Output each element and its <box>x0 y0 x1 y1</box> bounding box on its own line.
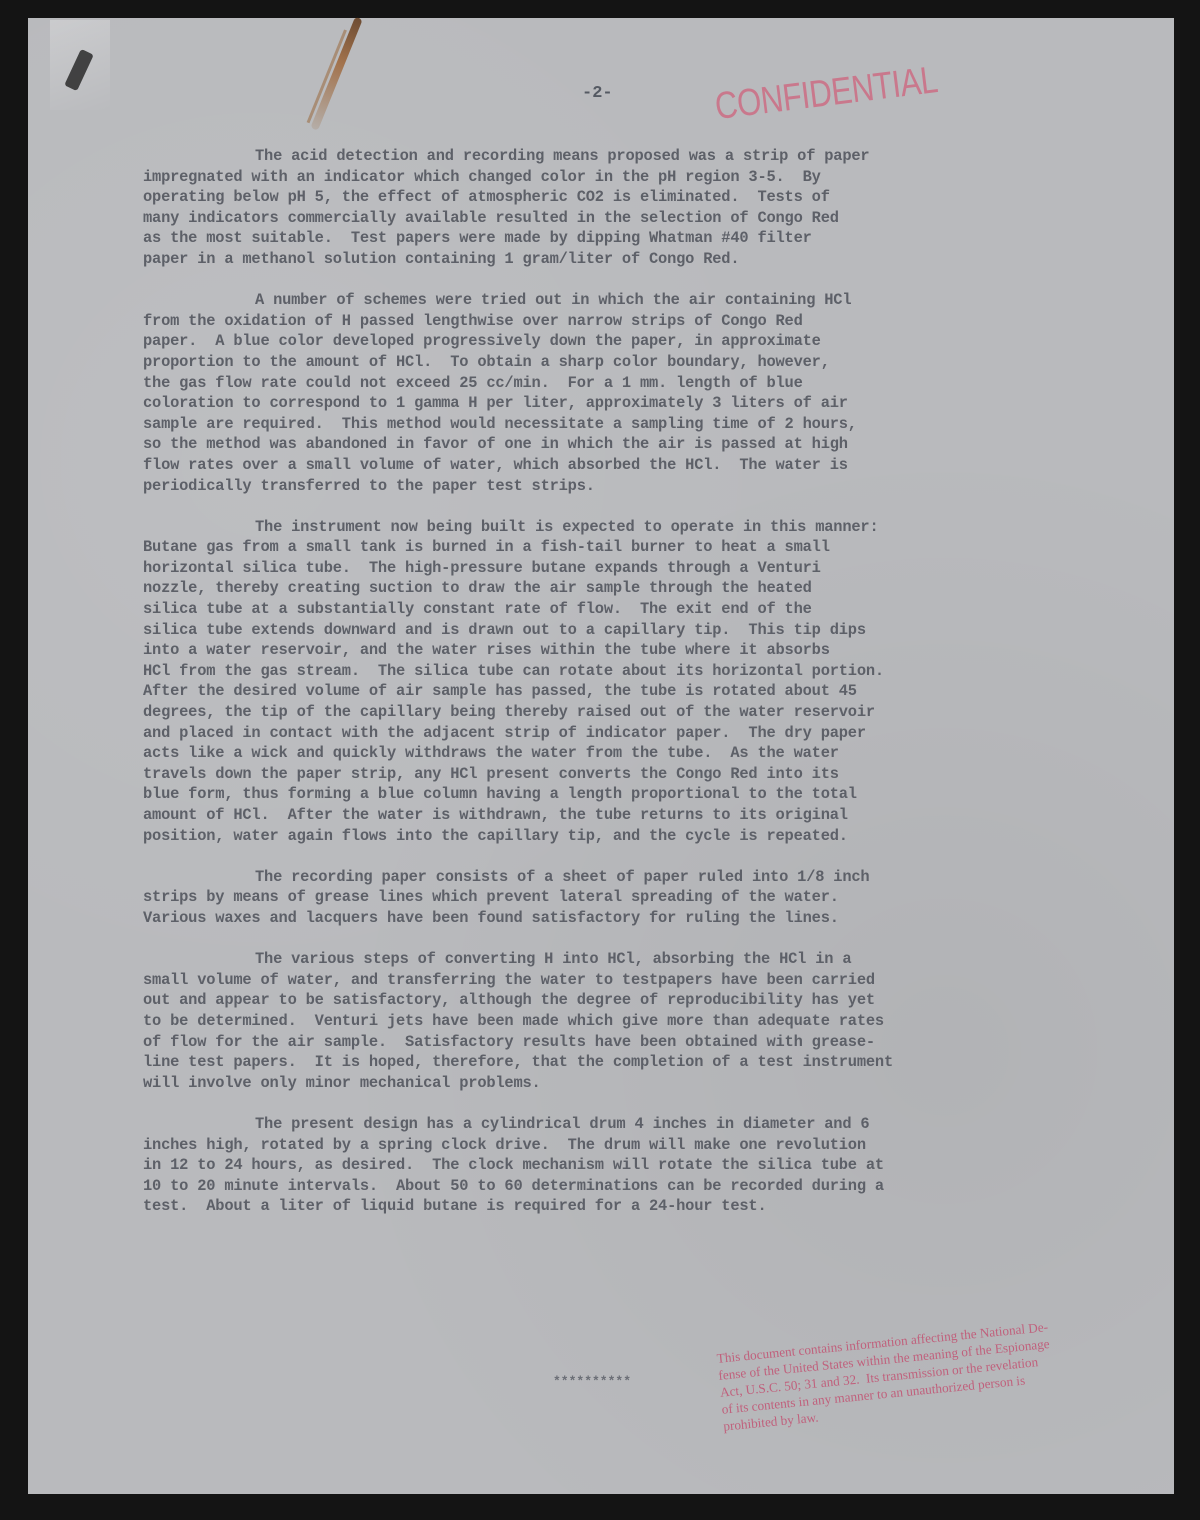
text-line: degrees, the tip of the capillary being … <box>143 702 1063 723</box>
paragraph-acid-detection: The acid detection and recording means p… <box>143 146 1063 270</box>
text-line: travels down the paper strip, any HCl pr… <box>143 764 1063 785</box>
text-line: silica tube extends downward and is draw… <box>143 620 1063 641</box>
text-line: 10 to 20 minute intervals. About 50 to 6… <box>143 1176 1063 1197</box>
text-line: The present design has a cylindrical dru… <box>143 1114 1063 1135</box>
text-line: impregnated with an indicator which chan… <box>143 167 1063 188</box>
text-line: position, water again flows into the cap… <box>143 826 1063 847</box>
paragraph-various-steps: The various steps of converting H into H… <box>143 949 1063 1093</box>
text-line: blue form, thus forming a blue column ha… <box>143 784 1063 805</box>
text-line: Various waxes and lacquers have been fou… <box>143 908 1063 929</box>
text-line: out and appear to be satisfactory, altho… <box>143 990 1063 1011</box>
text-line: The acid detection and recording means p… <box>143 146 1063 167</box>
text-line: paper. A blue color developed progressiv… <box>143 331 1063 352</box>
text-line: in 12 to 24 hours, as desired. The clock… <box>143 1155 1063 1176</box>
text-line: inches high, rotated by a spring clock d… <box>143 1135 1063 1156</box>
text-line: to be determined. Venturi jets have been… <box>143 1011 1063 1032</box>
text-line: acts like a wick and quickly withdraws t… <box>143 743 1063 764</box>
text-line: A number of schemes were tried out in wh… <box>143 290 1063 311</box>
text-line: coloration to correspond to 1 gamma H pe… <box>143 393 1063 414</box>
text-line: The recording paper consists of a sheet … <box>143 867 1063 888</box>
text-line: strips by means of grease lines which pr… <box>143 887 1063 908</box>
text-line: The various steps of converting H into H… <box>143 949 1063 970</box>
text-line: nozzle, thereby creating suction to draw… <box>143 578 1063 599</box>
page-number: -2- <box>582 84 613 103</box>
text-line: many indicators commercially available r… <box>143 208 1063 229</box>
text-line: Butane gas from a small tank is burned i… <box>143 537 1063 558</box>
document-body: The acid detection and recording means p… <box>143 146 1063 1237</box>
end-of-text-marker: ********** <box>553 1374 631 1389</box>
text-line: small volume of water, and transferring … <box>143 970 1063 991</box>
text-line: The instrument now being built is expect… <box>143 517 1063 538</box>
text-line: proportion to the amount of HCl. To obta… <box>143 352 1063 373</box>
text-line: so the method was abandoned in favor of … <box>143 434 1063 455</box>
text-line: from the oxidation of H passed lengthwis… <box>143 311 1063 332</box>
text-line: After the desired volume of air sample h… <box>143 681 1063 702</box>
paragraph-instrument: The instrument now being built is expect… <box>143 517 1063 847</box>
text-line: test. About a liter of liquid butane is … <box>143 1196 1063 1217</box>
text-line: as the most suitable. Test papers were m… <box>143 228 1063 249</box>
paragraph-schemes: A number of schemes were tried out in wh… <box>143 290 1063 496</box>
paragraph-recording-paper: The recording paper consists of a sheet … <box>143 867 1063 929</box>
text-line: HCl from the gas stream. The silica tube… <box>143 661 1063 682</box>
text-line: of flow for the air sample. Satisfactory… <box>143 1032 1063 1053</box>
text-line: flow rates over a small volume of water,… <box>143 455 1063 476</box>
text-line: amount of HCl. After the water is withdr… <box>143 805 1063 826</box>
text-line: and placed in contact with the adjacent … <box>143 723 1063 744</box>
text-line: into a water reservoir, and the water ri… <box>143 640 1063 661</box>
text-line: paper in a methanol solution containing … <box>143 249 1063 270</box>
text-line: sample are required. This method would n… <box>143 414 1063 435</box>
text-line: line test papers. It is hoped, therefore… <box>143 1052 1063 1073</box>
text-line: horizontal silica tube. The high-pressur… <box>143 558 1063 579</box>
text-line: the gas flow rate could not exceed 25 cc… <box>143 373 1063 394</box>
text-line: periodically transferred to the paper te… <box>143 476 1063 497</box>
text-line: silica tube at a substantially constant … <box>143 599 1063 620</box>
text-line: operating below pH 5, the effect of atmo… <box>143 187 1063 208</box>
text-line: will involve only minor mechanical probl… <box>143 1073 1063 1094</box>
paragraph-present-design: The present design has a cylindrical dru… <box>143 1114 1063 1217</box>
